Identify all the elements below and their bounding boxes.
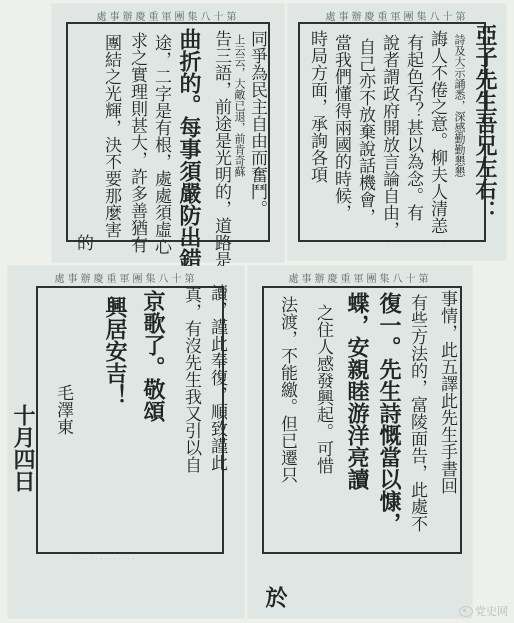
- letterhead-title: 處事辦慶重軍團集八十第: [288, 8, 506, 23]
- handwritten-column: 讀，謹此奉復，順致謹此: [208, 284, 225, 471]
- letter-sheet-top-right: 處事辦慶重軍團集八十第 亞子先生吾兄左右： 詩及大示誦悉，深感勤勤懇懇 誨人不倦…: [288, 4, 506, 260]
- handwritten-column: 於: [264, 586, 286, 608]
- handwritten-column: 興居安吉！: [104, 296, 126, 406]
- letterhead-title: 處事辦慶重軍團集八十第: [8, 270, 244, 285]
- handwritten-column: 亞子先生吾兄左右：: [474, 24, 496, 222]
- handwritten-column: 誨人不倦之意。柳夫人清恙: [428, 30, 445, 234]
- letter-sheet-bottom-left: 處事辦慶重軍團集八十第 讀，謹此奉復，順致謹此 真，有沒先生我又引以自 京歌了。…: [8, 266, 244, 618]
- watermark: 党史网: [459, 603, 508, 619]
- watermark-text: 党史网: [475, 603, 508, 619]
- handwritten-column: 京歌了。敬頌: [142, 290, 164, 422]
- handwritten-column: 上云云，大敵已退，前肯奇蘇: [234, 34, 245, 177]
- handwritten-column: 自己亦不放棄說話機會，: [356, 38, 373, 225]
- handwritten-column: 同爭為民主自由而奮鬥。: [248, 30, 265, 217]
- sheet-footer-print: · · · · · · · · · · · · ·: [388, 242, 445, 247]
- handwritten-column: 事情，此五譯此先生手書回: [438, 290, 455, 494]
- handwritten-column: 詩及大示誦悉，深感勤勤懇懇: [454, 34, 465, 177]
- handwritten-column: 的: [74, 234, 91, 251]
- handwritten-column: 真，有沒先生我又引以自: [182, 286, 199, 473]
- letter-sheet-bottom-right: 處事辦慶重軍團集八十第 事情，此五譯此先生手書回 有些方法的，富陵面告，此處不 …: [248, 266, 472, 618]
- letterhead-title: 處事辦慶重軍團集八十第: [52, 8, 284, 23]
- handwritten-column: 團結之光輝，決不要那麼害: [102, 34, 119, 238]
- handwritten-column: 當我們懂得兩國的時候，: [332, 34, 349, 221]
- handwritten-column: 求之實理則甚大，許多善猶有: [128, 32, 145, 253]
- handwritten-column: 曲折的。每事須嚴防出錯: [178, 28, 200, 270]
- handwritten-column: 途，二字是有根，處處須虛心: [152, 34, 169, 255]
- signature: 毛澤東: [54, 384, 71, 435]
- weibo-icon: [459, 606, 473, 617]
- sheet-footer-print: · · · · · · · · · · · · ·: [78, 556, 135, 561]
- handwritten-column: 之住人感發興起。可惜: [314, 304, 331, 474]
- handwritten-column: 蝶，安親睦游洋亮讀: [346, 292, 368, 490]
- handwritten-column: 說者謂政府開放言論自由，: [380, 34, 397, 238]
- date: 十月四日: [12, 404, 34, 492]
- handwritten-column: 時局方面，承詢各項: [308, 30, 325, 183]
- handwritten-column: 有起色否？甚以為念。有: [404, 34, 421, 221]
- handwritten-column: 復一。先生詩慨當以慷，: [378, 292, 400, 534]
- letter-sheet-top-left: 處事辦慶重軍團集八十第 同爭為民主自由而奮鬥。 上云云，大敵已退，前肯奇蘇 告三…: [52, 4, 284, 262]
- handwritten-column: 告三語，前途是光明的，道路是: [212, 30, 229, 268]
- handwritten-column: 有些方法的，富陵面告，此處不: [408, 294, 425, 532]
- letterhead-title: 處事辦慶重軍團集八十第: [248, 270, 472, 285]
- handwritten-column: 法渡，不能繳。但已遷只: [278, 296, 295, 483]
